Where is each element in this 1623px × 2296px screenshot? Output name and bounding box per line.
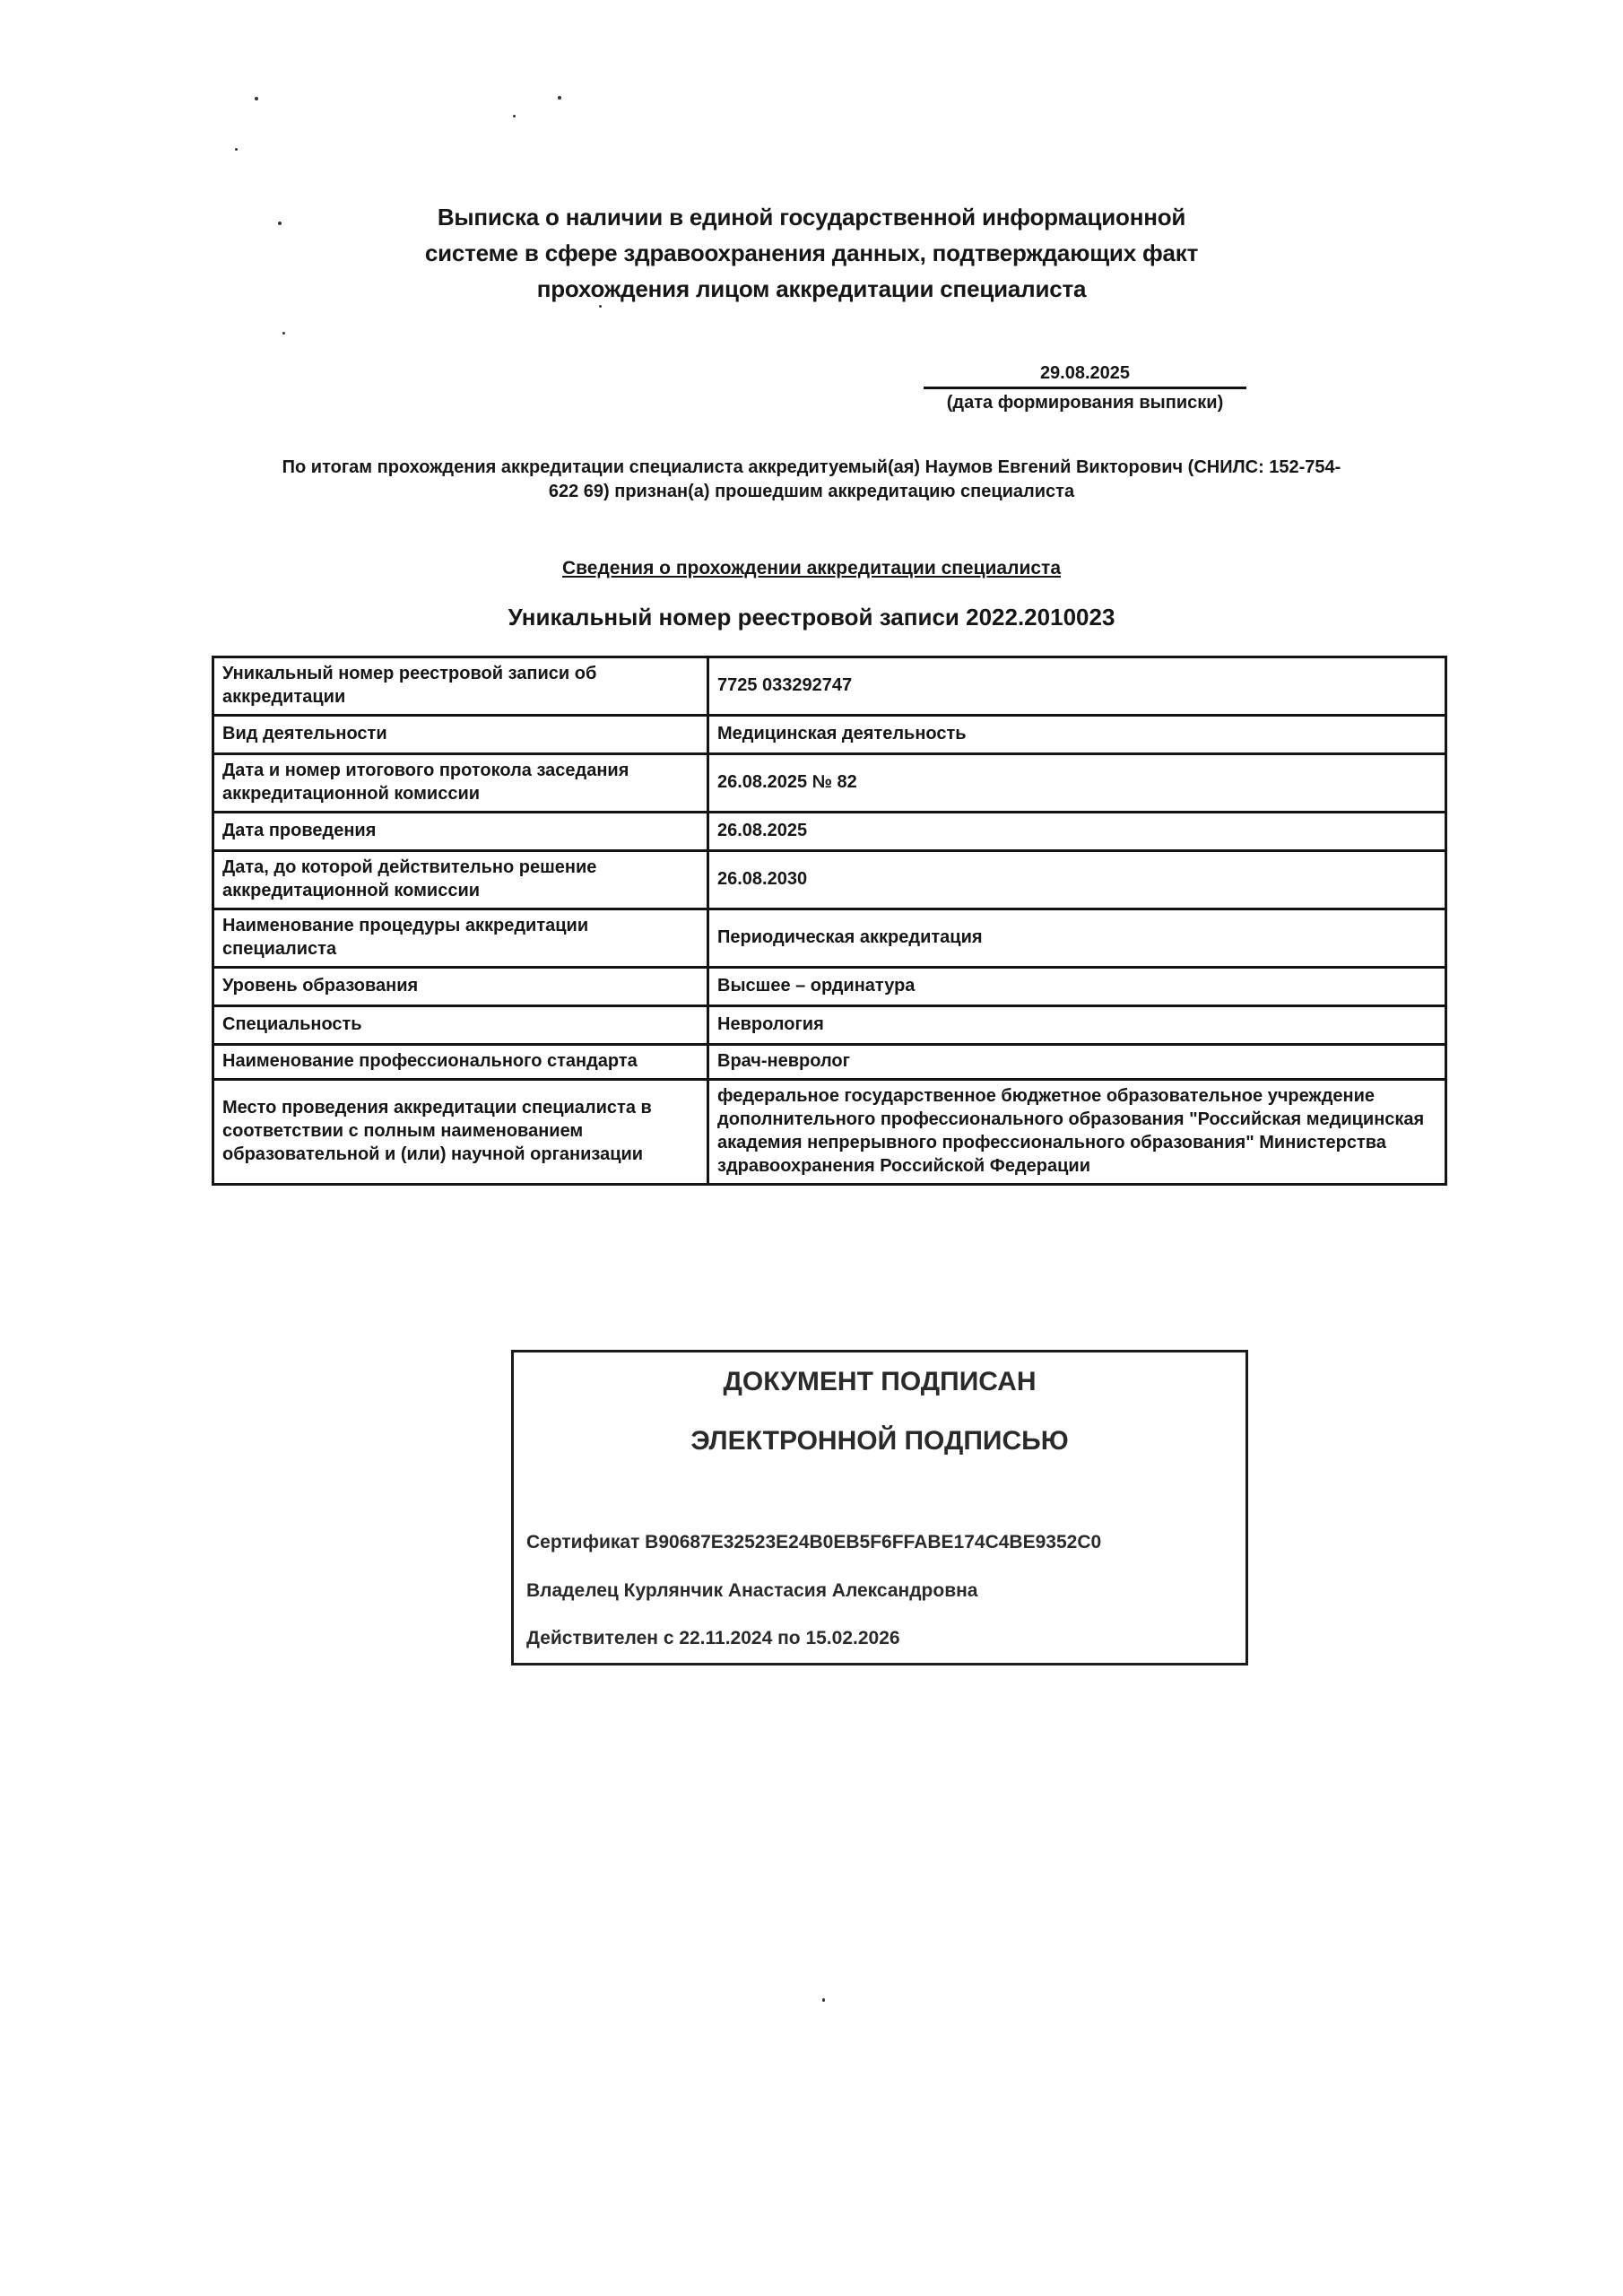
- row-label: Специальность: [213, 1006, 708, 1045]
- row-value: федеральное государственное бюджетное об…: [708, 1080, 1446, 1185]
- table-row: Вид деятельности Медицинская деятельност…: [213, 716, 1446, 754]
- signature-certificate: Сертификат B90687E32523E24B0EB5F6FFABE17…: [526, 1532, 1101, 1553]
- row-label: Вид деятельности: [213, 716, 708, 754]
- scan-speck: [822, 1998, 825, 2002]
- signature-heading: ЭЛЕКТРОННОЙ ПОДПИСЬЮ: [514, 1426, 1245, 1457]
- signature-owner: Владелец Курлянчик Анастасия Александров…: [526, 1580, 977, 1602]
- row-label: Дата и номер итогового протокола заседан…: [213, 754, 708, 813]
- row-value: 26.08.2025: [708, 813, 1446, 851]
- signature-heading: ДОКУМЕНТ ПОДПИСАН: [514, 1367, 1245, 1397]
- row-label: Наименование профессионального стандарта: [213, 1045, 708, 1080]
- intro-paragraph: По итогам прохождения аккредитации специ…: [179, 456, 1444, 504]
- registry-number-title: Уникальный номер реестровой записи 2022.…: [0, 604, 1623, 631]
- row-value: Неврология: [708, 1006, 1446, 1045]
- scan-speck: [235, 148, 238, 151]
- table-row: Уровень образования Высшее – ординатура: [213, 968, 1446, 1006]
- row-label: Место проведения аккредитации специалист…: [213, 1080, 708, 1185]
- scan-speck: [513, 115, 516, 117]
- formation-date: 29.08.2025: [924, 363, 1246, 389]
- row-value: Медицинская деятельность: [708, 716, 1446, 754]
- row-value: 26.08.2030: [708, 851, 1446, 909]
- title-line: системе в сфере здравоохранения данных, …: [0, 235, 1623, 271]
- intro-line: 622 69) признан(а) прошедшим аккредитаци…: [179, 480, 1444, 504]
- table-row: Дата проведения 26.08.2025: [213, 813, 1446, 851]
- row-label: Дата проведения: [213, 813, 708, 851]
- row-label: Дата, до которой действительно решение а…: [213, 851, 708, 909]
- row-label: Наименование процедуры аккредитации спец…: [213, 909, 708, 968]
- row-label: Уникальный номер реестровой записи об ак…: [213, 657, 708, 716]
- table-row: Специальность Неврология: [213, 1006, 1446, 1045]
- row-value: Врач-невролог: [708, 1045, 1446, 1080]
- scan-speck: [282, 332, 285, 335]
- electronic-signature-stamp: ДОКУМЕНТ ПОДПИСАН ЭЛЕКТРОННОЙ ПОДПИСЬЮ С…: [511, 1350, 1248, 1665]
- row-value: Высшее – ординатура: [708, 968, 1446, 1006]
- formation-date-caption: (дата формирования выписки): [924, 389, 1246, 413]
- table-row: Уникальный номер реестровой записи об ак…: [213, 657, 1446, 716]
- accreditation-info-table: Уникальный номер реестровой записи об ак…: [212, 656, 1447, 1186]
- table-row: Место проведения аккредитации специалист…: [213, 1080, 1446, 1185]
- row-label: Уровень образования: [213, 968, 708, 1006]
- scan-speck: [255, 97, 258, 100]
- formation-date-block: 29.08.2025 (дата формирования выписки): [924, 363, 1246, 413]
- section-title: Сведения о прохождении аккредитации спец…: [0, 558, 1623, 579]
- title-line: прохождения лицом аккредитации специалис…: [0, 271, 1623, 307]
- table-row: Дата и номер итогового протокола заседан…: [213, 754, 1446, 813]
- document-title: Выписка о наличии в единой государственн…: [0, 199, 1623, 307]
- table-row: Дата, до которой действительно решение а…: [213, 851, 1446, 909]
- intro-line: По итогам прохождения аккредитации специ…: [179, 456, 1444, 480]
- table-row: Наименование профессионального стандарта…: [213, 1045, 1446, 1080]
- signature-validity: Действителен с 22.11.2024 по 15.02.2026: [526, 1628, 900, 1649]
- table-row: Наименование процедуры аккредитации спец…: [213, 909, 1446, 968]
- title-line: Выписка о наличии в единой государственн…: [0, 199, 1623, 235]
- scan-speck: [558, 96, 561, 100]
- row-value: 26.08.2025 № 82: [708, 754, 1446, 813]
- row-value: Периодическая аккредитация: [708, 909, 1446, 968]
- row-value: 7725 033292747: [708, 657, 1446, 716]
